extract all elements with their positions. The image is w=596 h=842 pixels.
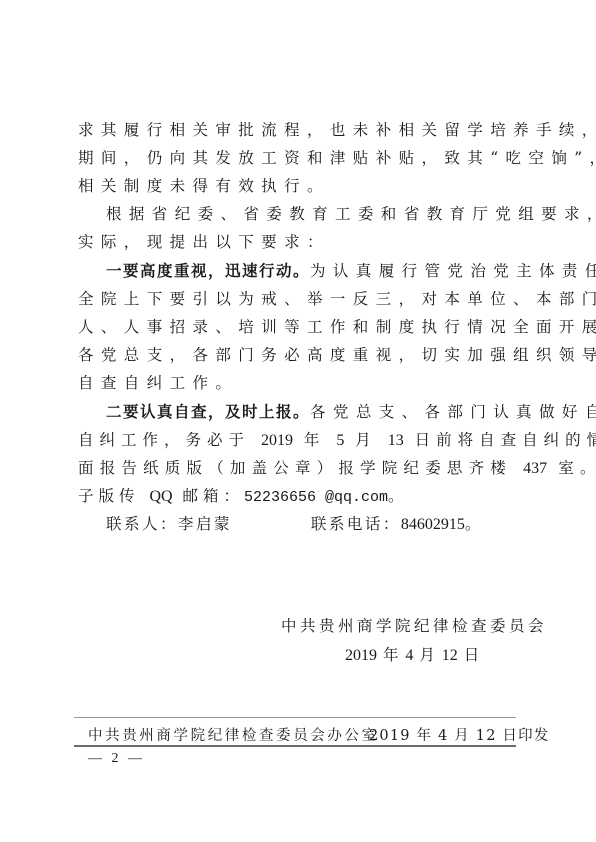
text-segment: 邮箱： [183, 487, 245, 505]
contact-phone-number: 84602915 [401, 516, 465, 533]
footer-top-rule [74, 717, 516, 718]
body-line-1: 求其履行相关审批流程，也未补相关留学培养手续，且在其留学 [78, 116, 516, 144]
requirement-2-first-line: 二要认真自查，及时上报。各党总支、各部门认真做好自查 [106, 398, 516, 426]
requirement-2-text: 各党总支、各部门认真做好自查 [310, 403, 596, 421]
requirement-1-line-5: 自查自纠工作。 [78, 369, 516, 397]
page-number: — 2 — [88, 751, 145, 767]
text-segment: 面报告纸质版（加盖公章）报学院纪委思齐楼 [78, 459, 512, 477]
text-segment: 月 [355, 431, 377, 449]
text-segment: 年 [383, 646, 400, 664]
requirement-2-line-3: 面报告纸质版（加盖公章）报学院纪委思齐楼 437 室。同时将电 [78, 454, 516, 482]
text-segment: 子版传 [78, 487, 140, 505]
body-line-2: 期间，仍向其发放工资和津贴补贴，致其“吃空饷”，学校制定的 [78, 144, 516, 172]
contact-phone-label: 联系电话： [311, 515, 401, 533]
contact-person-label: 联系人： [106, 515, 178, 533]
requirement-1-line-4: 各党总支，各部门务必高度重视，切实加强组织领导，迅速开展 [78, 341, 516, 369]
date-month: 4 [405, 647, 413, 664]
intro-line-1: 根据省纪委、省委教育工委和省教育厅党组要求，结合工作 [106, 200, 516, 228]
qq-label: QQ [149, 488, 172, 505]
text-segment: 。 [465, 515, 483, 533]
text-segment: 。 [388, 487, 409, 505]
requirement-1-text: 为认真履行管党治党主体责任， [310, 262, 596, 280]
document-page: 求其履行相关审批流程，也未补相关留学培养手续，且在其留学 期间，仍向其发放工资和… [0, 0, 596, 842]
date-year: 2019 [345, 647, 377, 664]
footer-issuer: 中共贵州商学院纪律检查委员会办公室 [88, 724, 379, 745]
requirement-2-line-2: 自纠工作，务必于 2019 年 5 月 13 日前将自查自纠的情况形成书 [78, 426, 516, 454]
requirement-2-heading: 二要认真自查，及时上报。 [106, 403, 310, 421]
body-line-3: 相关制度未得有效执行。 [78, 172, 516, 200]
signature-organization: 中共贵州商学院纪律检查委员会 [281, 614, 547, 636]
requirement-1-line-2: 全院上下要引以为戒、举一反三，对本单位、本部门领域选人用 [78, 285, 516, 313]
requirement-2-line-4: 子版传 QQ 邮箱：52236656 @qq.com。 [78, 482, 516, 510]
text-segment: 自纠工作，务必于 [78, 431, 250, 449]
signature-date: 2019 年 4 月 12 日 [345, 643, 480, 665]
requirement-1-line-3: 人、人事招录、培训等工作和制度执行情况全面开展自查自纠。 [78, 313, 516, 341]
text-segment: 月 [419, 646, 436, 664]
deadline-year: 2019 [261, 432, 293, 449]
deadline-month: 5 [336, 432, 344, 449]
email-address: 52236656 @qq.com [244, 489, 388, 506]
text-segment: 日 [464, 646, 481, 664]
text-segment: 年 [304, 431, 326, 449]
deadline-day: 13 [388, 432, 404, 449]
requirement-1-first-line: 一要高度重视，迅速行动。为认真履行管党治党主体责任， [106, 257, 516, 285]
intro-line-2: 实际，现提出以下要求： [78, 228, 516, 256]
footer-bottom-rule [74, 745, 516, 747]
text-segment: 日前将自查自纠的情况形成书 [415, 431, 596, 449]
room-number: 437 [523, 460, 547, 477]
contact-person-name: 李启蒙 [178, 515, 232, 533]
requirement-1-heading: 一要高度重视，迅速行动。 [106, 262, 310, 280]
text-segment: 室。同时将电 [558, 459, 596, 477]
date-day: 12 [442, 647, 458, 664]
contact-line: 联系人：李启蒙 联系电话：84602915。 [106, 510, 516, 538]
footer-issue-date: 2019 年 4 月 12 日印发 [369, 724, 550, 745]
